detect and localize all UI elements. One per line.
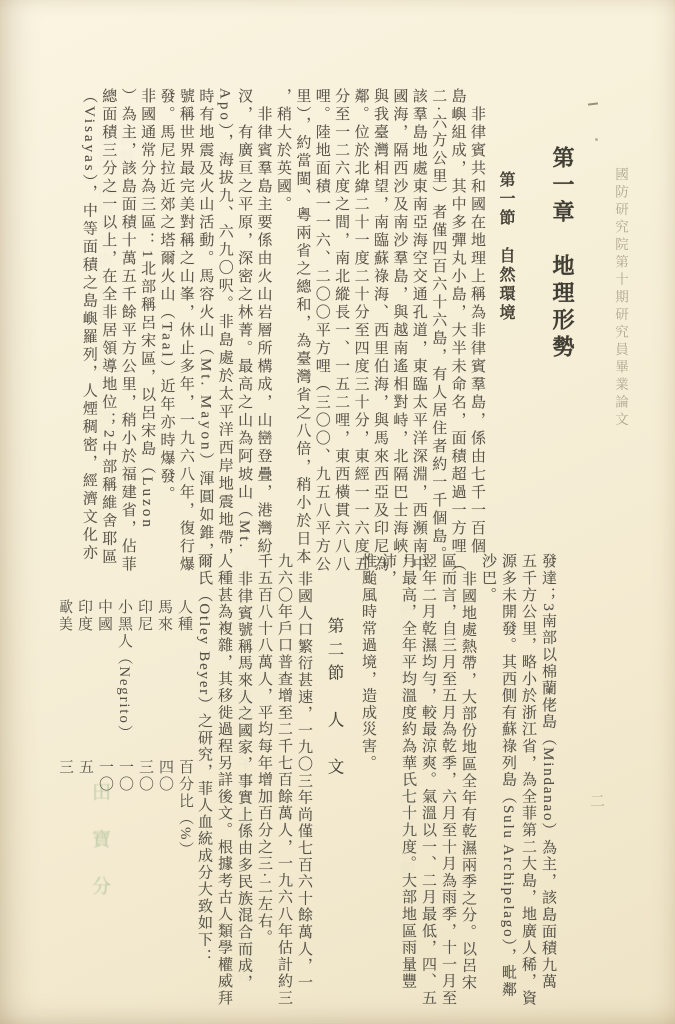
table-row: 小黑人（Negrito） 一〇 xyxy=(114,553,134,1011)
text-column: 沙巴。 xyxy=(478,553,498,1011)
table-row-label: 小黑人（Negrito） xyxy=(116,599,132,741)
text-column: 爾氏（Otley Beyer）之研究，菲人血統成分大致如下： xyxy=(194,553,214,1011)
table-row-label: 歐美 xyxy=(60,599,72,633)
text-column: 鄰。位於北緯二十一度二十分至四度三十分，東經一一六度五 xyxy=(350,88,369,580)
table-header-percent: 百分比（%） xyxy=(175,759,195,859)
text-column: ）為主，該島面積十萬五千餘平方公里，稍小於福建省，佔菲 xyxy=(117,88,136,580)
text-column: 時有地震及火山活動。馬容火山（Mt. Mayon）渾圓如錐， xyxy=(195,88,214,580)
section2-heading: 第二節 人 文 xyxy=(324,553,344,1011)
ink-speck xyxy=(595,138,598,141)
text-column: 人種甚為複雜，其移徙過程另詳後文。根據考古人類學權威拜 xyxy=(214,553,234,1011)
text-column: 非國地處熱帶，大部份地區全年有乾濕兩季之分。以呂宋 xyxy=(458,553,478,1011)
table-row-label: 印尼 xyxy=(136,599,152,633)
chapter-heading: 第一章 地理形勢 xyxy=(547,146,578,566)
table-row: 馬來 四〇 xyxy=(154,553,174,1011)
table-row-value: 五 xyxy=(75,759,95,776)
margin-header: 國防研究院第十期研究員畢業論文 xyxy=(610,167,630,467)
text-column: 號稱世界最完美對稱之山峯，休止多年，一九六八年，復行爆 xyxy=(176,88,195,580)
text-column: 總面積三分之一以上，在全非居領導地位；2中部稱維舍耶區 xyxy=(98,88,117,580)
table-row-label: 印度 xyxy=(76,599,92,633)
text-column: （Visayas），中等面積之島嶼羅列，人煙稠密，經濟文化亦 xyxy=(78,88,97,580)
table-header-column: 人種 百分比（%） xyxy=(174,553,194,1011)
text-column: 發達；3南部以棉蘭佬島（Mindanao）為主，該島面積九萬 xyxy=(538,553,558,1011)
text-column: Apo），海拔九、六九〇呎。非島處於太平洋西岸地震地帶， xyxy=(214,88,233,580)
text-column: 發。馬尼拉近郊之塔爾火山（Taal）近年亦時爆發。 xyxy=(156,88,175,580)
text-column: 非律賓共和國在地理上稱為非律賓羣島，係由七千一百個 xyxy=(467,88,486,580)
text-column: 九六〇年戶口普查增至二千七百餘萬人，一九六八年估計約三 xyxy=(274,553,294,1011)
table-row: 歐美 三 xyxy=(60,553,74,1011)
page-number: 二 xyxy=(586,793,607,853)
text-column: 里），約當閩、粵兩省之總和，為臺灣省之八倍，稍小於日本 xyxy=(292,88,311,580)
text-column: 國海，隔西沙及南沙羣島，與越南遙相對峙，北隔巴士海峽， xyxy=(389,88,408,580)
text-column: 惟颱風時常過境，造成災害。 xyxy=(358,553,378,1011)
text-column: 非律賓羣島主要係由火山岩層所構成，山巒登疊，港灣紛 xyxy=(253,88,272,580)
text-column: 源多未開發。其西側有蘇祿列島（Sulu Archipelago），毗鄰 xyxy=(498,553,518,1011)
text-column: 與我臺灣相望，南臨蘇祿海、西里伯海，與馬來西亞及印尼為 xyxy=(370,88,389,580)
faint-stamp: 田寶分 xyxy=(86,782,113,952)
text-column: 二·六方公里）者僅四百六十六島，有人居住者約一千個島。 xyxy=(428,88,447,580)
text-column: 區而言，自三月至五月為乾季，六月至十月為雨季，十一月至 xyxy=(438,553,458,1011)
text-column: 島嶼組成，其中多彈丸小島，大半未命名，面積超過一方哩（ xyxy=(447,88,466,580)
text-column: 非國通常分為三區：1北部稱呂宋區，以呂宋島（Luzon xyxy=(137,88,156,580)
table-row-label: 中國 xyxy=(96,599,112,633)
top-text-band: 非律賓共和國在地理上稱為非律賓羣島，係由七千一百個 島嶼組成，其中多彈丸小島，大… xyxy=(72,88,486,580)
text-column: 非律賓號稱馬來人之國家，事實上係由多民族混合而成， xyxy=(234,553,254,1011)
text-column: 汊，有廣亘之平原，深密之林菁。最高之山為阿坡山（Mt. xyxy=(234,88,253,580)
text-column: 非國人口繁衍甚速，一九〇三年尚僅七百六十餘萬人，一 xyxy=(294,553,314,1011)
ink-speck xyxy=(588,102,598,105)
text-column: 月最高，全年平均溫度約為華氏七十九度。大部地區雨量豐沛， xyxy=(378,553,418,1011)
text-column: 五千方公里，略小於浙江省，為全菲第二大島，地廣人稀，資 xyxy=(518,553,538,1011)
table-header-race: 人種 xyxy=(176,599,192,633)
text-column: 翌年二月乾濕均勻，較最涼爽。氣溫以一、二月最低，四、五 xyxy=(418,553,438,1011)
text-column: 該羣島地處東南亞海空交通孔道，東臨太平洋深淵，西瀕南中 xyxy=(408,88,427,580)
text-column: 千五百八十八萬人，平均每年增加百分之三·二左右。 xyxy=(254,553,274,1011)
table-row-value: 四〇 xyxy=(155,759,175,793)
table-row-value: 三 xyxy=(60,759,75,776)
text-column: 哩。陸地面積一一六、二〇〇平方哩（三〇〇、九五八平方公 xyxy=(311,88,330,580)
table-row-value: 一〇 xyxy=(115,759,135,793)
text-column: ，稍大於英國。 xyxy=(273,88,292,580)
table-row-label: 馬來 xyxy=(156,599,172,633)
thesis-page: 九六〇年戶口普查增至二千七百餘萬人，一九六八年估計約三 哩。陸地面積一一六、二〇… xyxy=(0,0,675,1024)
text-column: 分至一二六度之間，南北縱長一、一五二哩，東西橫貫六八八 xyxy=(331,88,350,580)
table-row: 印尼 三〇 xyxy=(134,553,154,1011)
table-row-value: 三〇 xyxy=(135,759,155,793)
bottom-text-band: 發達；3南部以棉蘭佬島（Mindanao）為主，該島面積九萬 五千方公里，略小於… xyxy=(60,553,558,1011)
section1-heading: 第一節 自然環境 xyxy=(494,171,517,531)
